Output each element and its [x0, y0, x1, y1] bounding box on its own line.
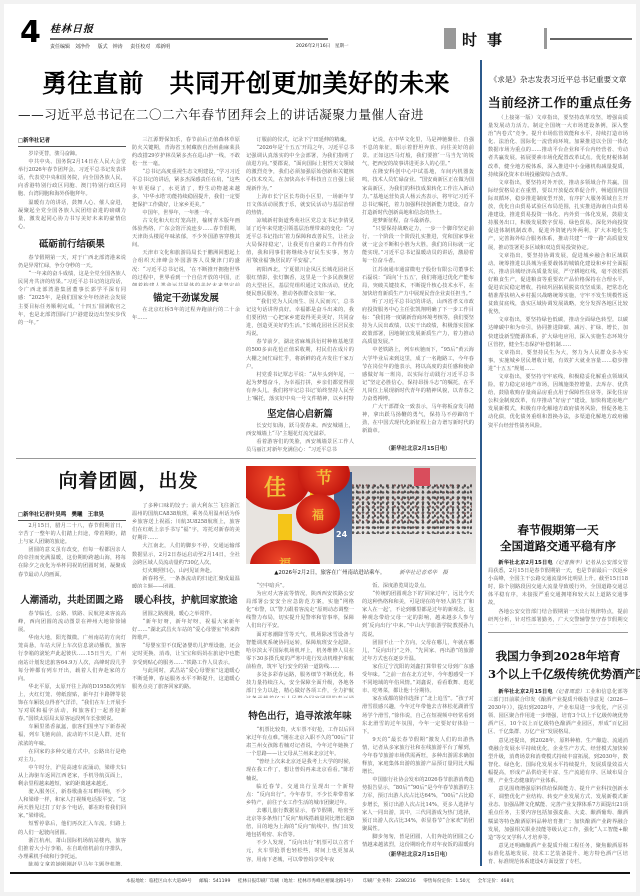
feature-col1-body: 春节临近，公路、铁路、民航迎来客流高峰，西向团圆的流动图景在神州大地徐徐铺展。 …	[18, 610, 126, 866]
paragraph: 长安灯如海，跃马贺春来。西安城墙上，西安城墙上“马”主题花灯流光溢彩。	[246, 422, 354, 438]
paragraph: 新春将至，一条条流动的归途汇聚成最温暖的主题——团圆。	[132, 575, 240, 588]
feature-headline: 向着团圆，出发	[16, 466, 241, 493]
masthead-rule	[50, 38, 328, 40]
issue-date: 2026年2月16日 星期一	[296, 43, 349, 49]
lead-col2-body: 在北京红桥5年的过程奔跑前行的二十余年……	[132, 306, 240, 452]
editor-credits: 责任编辑 刘净伶 版式 钟涛 责任校对 邓新明	[50, 43, 176, 50]
paragraph: “新年好呀，新年好呀，祝福大家新年好……”湖北武昌火车站的“爱心母婴室”传来阵阵…	[132, 618, 240, 642]
paragraph: 意见还提出，到2028年，原料种植、生产酿造、流通消费融合发展水平持续优化，企业…	[488, 737, 628, 786]
paragraph: 家住辽宁沈阳的刘鑫打算带着父母到广东感受年味。“之前一直在北方过年，今年想感受一…	[362, 663, 474, 695]
section-title: 时事	[462, 29, 512, 50]
lead-col1-intro: 岁岸更替，骏马奋蹄。 中共中央、国务院2月14日在人民大会堂举行2026年春节团…	[18, 150, 126, 234]
feature-subhead-2: 暖心科技，护航回家旅途	[132, 592, 240, 606]
paragraph: 灯火映照归心，山河见证奔赴。	[132, 567, 240, 575]
paragraph: 华南大地，阳光微微。广州南站的方向灯笼高悬，车站大屏上车次信息滚动播放，旅客行李…	[18, 634, 126, 683]
paragraph: 新华社北京2月15日电（记者周蕊）工业和信息化部等三部门日前联合印发《酿酒产业提…	[488, 688, 628, 737]
right-article2-headline-line1: 春节假期第一天	[488, 522, 628, 538]
paragraph: 团圆的意义虽有改变，但每一程都因亲人的牵挂而充满温暖，这份期盼跨越山海，将每在除…	[18, 546, 126, 578]
footer-printer: 桂林日报印刷厂印刷（地址：桂林市秀峰区榕湖北路1号）	[238, 879, 356, 884]
right-article2-headline-line2: 全国道路交通平稳有序	[488, 538, 628, 554]
feature-col2-body: 团圆之路漫漫，暖心之举常伴。 “新年好呀，新年好呀，祝福大家新年好……”湖北武昌…	[132, 610, 240, 866]
paragraph: 2月15日，腊月二十八，春节假期首日，辛苦了一整年的人们踏上归途，带着期盼，踏上…	[18, 522, 126, 546]
paragraph: 中共中央、国务院2月14日在人民大会堂举行2026年春节团拜会。习近平总书记发表…	[18, 158, 126, 198]
right-article1-body: （上接第一版）文章指出，要坚持改革攻坚，增强高质量发展动力活力。制定全国统一大市…	[488, 114, 628, 524]
paragraph: 三江源野保知乐，春节前后正值森林草原防火关键期，青海省玉树藏族自治州曲麻莱县约改…	[132, 136, 240, 168]
masthead: 4 桂林日报 责任编辑 刘净伶 版式 钟涛 责任校对 邓新明 2026年2月16…	[16, 18, 624, 48]
paragraph: 中国年，世界年，一年胜一年。	[132, 209, 240, 217]
paragraph: 在北京红桥5年的过程奔跑前行的二十余年……	[132, 306, 240, 322]
feature-subhead-3: 特色出行，追寻浓浓年味	[246, 708, 354, 722]
proofreader-credit: 责任校对 邓新明	[130, 44, 170, 50]
paragraph: “‘我们党为人民而生、因人民而兴’，总书记这句话讲得真好。幸福都是奋斗出来的，我…	[246, 298, 354, 338]
lead-byline: □新华社记者	[18, 136, 126, 147]
paragraph: 天津市文化和旅游局局长于鹏洲回想起上合组织天津峰会外国游客人员聚津门的盛况：“习…	[132, 249, 240, 286]
right-article3-headline-line2: 3个以上千亿级传统优势酒产区	[488, 666, 628, 682]
right-article3-body: 新华社北京2月15日电（记者周蕊）工业和信息化部等三部门日前联合印发《酿酒产业提…	[488, 688, 628, 864]
lead-headline: 勇往直前 共同开创更加美好的未来	[16, 64, 476, 100]
feature-byline: □新华社记者叶昊鸣 樊曦 王聿昊	[18, 510, 126, 521]
paragraph: 华北平原，太原开往上海的D1958次列车上，火红灯笼、剪纸窗贴，新年打卡路牌等装…	[18, 683, 126, 723]
paper-name-logo: 桂林日报	[50, 20, 94, 35]
feature-col3: “空中暗兵”。 为应对大客流等情况，陕西西安铁路公安局部署公安安全应急防范方案，…	[246, 582, 354, 698]
photo-lantern: 福	[296, 494, 340, 534]
paragraph: 初阳西北，宁夏银川金凤区长城花园社区很红情影，张灯飘香，这里是一个多民族聚居的大…	[246, 266, 354, 298]
footer-rule	[10, 872, 630, 874]
newspaper-page: 4 桂林日报 责任编辑 刘净伶 版式 钟涛 责任校对 邓新明 2026年2月16…	[4, 4, 636, 892]
lead-dateline: （新华社北京2月15日电）	[362, 444, 474, 452]
footer-retail-price: 零售每份定价：1.50元	[423, 879, 470, 884]
paragraph: 文章指出，要坚持守牢底线，积极稳妥化解重点领域风险。着力稳定房地产市场，因城施策…	[488, 373, 628, 430]
paragraph: 看着游客们的笑脸，西安城墙景区工作人员马丽江对新年充满信心：“习近平总书	[246, 438, 354, 454]
paragraph: “机票比较贵，火车票不好抢，工作以后回家过年有点难。”刚在北京入职不久的“00后…	[246, 726, 354, 758]
paragraph: 新华社北京2月15日电（记者熊丰）记者从公安部交管局获悉，2月15日是春节假期第…	[488, 559, 628, 608]
paragraph: 上海市长宁区长寿街小区里，一场新年节日文体活动展教于乐，就安民活动与基层治理的热…	[246, 193, 354, 217]
paragraph: 9天的“最长春节假期”激发人们的出游热情，记者从多家旅行社和在线旅游平台了解到，…	[362, 736, 474, 776]
lead-col4: 记说，在中华文化里，马是神驰聚壮、自强不息的象征，昭示着舒坦奔放、向往美好的前景…	[362, 136, 474, 442]
paragraph: （上接第一版）文章指出，要坚持改革攻坚，增强高质量发展动力活力。制定全国统一大市…	[488, 114, 628, 179]
paragraph: 去哪儿旅行数据显示，春节假期，哈密至北京等多条热门“反向”航线搭载量同比增长超8…	[246, 807, 354, 839]
dateline: 新华社北京2月15日电	[498, 560, 552, 566]
column-divider	[480, 60, 482, 866]
paragraph: 江苏南通市通富微电子股份有限公司董事长石磊说：“面向‘十五五’，我们将通过优化产…	[362, 266, 474, 298]
paragraph: 文章指出，要坚持协调发展，促进城乡融合和区域联动。统筹推进以县城为重要载体的城镇…	[488, 252, 628, 317]
paragraph: 温暖有力的讲话，鼓舞人心、催人奋进，凝聚起全党全国各族人民团结奋进的磅礴力量，激…	[18, 199, 126, 231]
paragraph: 了多种口味的饺子；前大利东兰飞往浙江温州的国航CA838航班，乘务员用温州话为侨…	[132, 502, 240, 542]
photo-caption: ▲2026年2月2日，旅客在广州南站进站乘车。新华社记者邓华 摄	[246, 568, 476, 576]
paragraph: 临近春节，交通出行呈现出一个新特点：“反向出行”。今年春节，不少长辈带着家乡特产…	[246, 783, 354, 807]
lead-col2-top: 三江源野保知乐，春节前后正值森林草原防火关键期，青海省玉树藏族自治州曲麻莱县约改…	[132, 136, 240, 286]
paragraph: 驶入服务区，新春歌曲在耳畔回响，不少人和梁绯一样，和家人打视频电话报平安。“这两…	[18, 788, 126, 820]
section-marker-left	[444, 28, 456, 49]
feature-col4: 饭、深度游览周边景点。 “传统的团圆观念下的‘回家过年’，远比今天的这种热络和和…	[362, 582, 474, 848]
paragraph: 春节临近，公路、铁路、民航迎来客流高峰，西向团圆的流动图景在神州大地徐徐铺展。	[18, 610, 126, 634]
right-article3-headline-line1: 我国力争到2028年培育	[488, 648, 628, 664]
page-number: 4	[20, 18, 41, 48]
lead-subhead-3: 坚定信心启新篇	[246, 406, 354, 420]
feature-col3-body: “机票比较贵，火车票不好抢，工作以后回家过年有点难。”刚在北京入职不久的“00后…	[246, 726, 354, 866]
paragraph: 为应对大客流等情况，陕西西安铁路公安局部署公安安全应急防范方案，实施“网格化”布…	[246, 590, 354, 630]
paragraph: 团圆之路漫漫，暖心之举常伴。	[132, 610, 240, 618]
paragraph: 文章指出，要坚持对外开放，推动多领域合作共赢。国际经贸格局正在重塑，要以开放促改…	[488, 179, 628, 252]
paragraph: 意见还明确酿酒产业提质升级工程任务，聚焦酿酒原料标准化基地发展、技术工艺装备提升…	[488, 842, 628, 864]
station-photo: 24 佳 节 福 福	[246, 466, 476, 564]
paragraph: 面对寒潮降雪等天气，机场除冰雪设备与智能调度系统协同运转，保障航班安全起降。哈尔…	[246, 631, 354, 671]
paragraph: “只要保持战略定力，一步一个脚印坚定前行，一个阶段一个阶段扎实推进，党和国家事业…	[362, 225, 474, 265]
reporter: （记者周蕊）	[553, 689, 585, 695]
photo-board-number: 24	[336, 530, 347, 539]
paragraph: 与此同时，武昌站“爱心母婴室”这道暖心不断延伸，春运服务水平不断提升，这道暖心服…	[132, 667, 240, 691]
paragraph: 广大干部群众一致表示，马年将板奋发马精神，拿出跃马扬鞭的勇气，保持马不停蹄的干劲…	[362, 403, 474, 435]
photo-crowd	[350, 484, 472, 534]
feature-col2: 了多种口味的饺子；前大利东兰飞往浙江温州的国航CA838航班，乘务员用温州话为侨…	[132, 502, 240, 588]
paragraph: 订服前的仪式，记录下宁田延伸的精魂。	[246, 136, 354, 144]
paragraph: 岁岸更替，骏马奋蹄。	[18, 150, 126, 158]
section-marker-right	[544, 28, 547, 49]
lead-subheadline: ——习近平总书记在二〇二六年春节团拜会上的讲话凝聚力量催人奋进	[18, 104, 478, 123]
paragraph: 迎梦新征程，奋斗最新春。	[362, 217, 474, 225]
paragraph-text: 工业和信息化部等三部门日前联合印发《酿酒产业提质升级指导意见（2026—2030…	[488, 689, 628, 735]
paragraph: 中国旅行社协会发布的2026春节旅游消费趋势报告显示，“80后”“90后”是今年…	[362, 776, 474, 833]
paragraph: 记说，在中华文化里，马是神驰聚壮、自强不息的象征，昭示着舒坦奔放、向往美好的前景…	[362, 136, 474, 168]
footer-annual-price: 全年定价：468元	[478, 879, 514, 884]
lead-col3-body: 长安灯如海，跃马贺春来。西安城墙上，西安城墙上“马”主题花灯流光溢彩。 看着游客…	[246, 422, 354, 454]
right-article1-kicker: 《求是》杂志发表习近平总书记重要文章	[488, 74, 628, 85]
photo-banner	[414, 468, 430, 486]
right-article2-body: 新华社北京2月15日电（记者熊丰）记者从公安部交管局获悉，2月15日是春节假期第…	[488, 559, 628, 625]
paragraph: 在隆安科创中心中试基地，车间内机器轰鸣，技术人员忙碌奋业。“国安商新区正在做为国…	[362, 168, 474, 217]
lead-subhead-1: 砥砺前行结硕果	[18, 236, 126, 250]
paragraph: 不少人发现，“反向出行”机票可以立省千元，火车票抢票也轻松些，时间上也更加从容，…	[246, 839, 354, 863]
caption-text: ▲2026年2月2日，旅客在广州南站进站乘车。	[274, 570, 385, 576]
feature-col1-intro: 2月15日，腊月二十八，春节假期首日，辛苦了一整年的人们踏上归途，带着期盼，踏上…	[18, 522, 126, 588]
paragraph: 文章指出，要坚持民生为大，努力为人民群众多办实事。实施城乡居民增收计划，有效扩大…	[488, 349, 628, 373]
paragraph: 意见围绕增强原料供给保障能力、提升产业科技创新水平、调整优化产业结构、转变产业发…	[488, 785, 628, 842]
paragraph: 脚步匆匆，皆是团圆，人们奔赴的团圆之心情越来越浓烈，这份期盼化作对年夜饭的温暖向…	[362, 833, 474, 848]
paragraph: 团圆不止一个方向，父母在哪儿，年就在哪儿，“反向出行”之外，“先回家、再出游”的…	[362, 639, 474, 663]
paragraph: 大江南北，人们的脚步不停，交通运输部数据显示，2月2日春运启动至2月14日，全社…	[132, 542, 240, 566]
paragraph-text: 记者从公安部交管局获悉，2月15日是春节假期第一天，也是节前最后一次返乡小高峰，…	[488, 560, 628, 606]
paragraph: 多处多彩春运路，服务细节不断优化，科技力量持续注入，安全保障全面升级，各地各部门…	[246, 671, 354, 698]
lead-col3-top: 订服前的仪式，记录下宁田延伸的精魂。 “2026年是‘十五五’开局之年，习近平总…	[246, 136, 354, 402]
paragraph: 在回家的多种交通方式中，公路出行是绝对主力。	[18, 748, 126, 764]
layout-credit: 版式 钟涛	[98, 44, 123, 50]
paragraph: “传统的团圆观念下的‘回家过年’，远比今天的这种热络和和美，可是现在的年轻人陷生…	[362, 590, 474, 639]
paragraph: 春节前夕，湖北省麻城县衍村种植基地里的500多亩花苞正值采收期，村民们在成片的大…	[246, 338, 354, 370]
right-separator	[488, 632, 628, 633]
paragraph: 古文化和大红灯笼高挂，榆树青木版年画体验热络，广东会馆汗流连步……春节假期，天津…	[132, 217, 240, 249]
paragraph: 凉城新村街道秀苑社区党总支书记李倩见证了近年来党建引领基层治理带来的变化：“习近…	[246, 217, 354, 266]
footer-address: 本报地址：临桂区山水大道49号	[126, 879, 192, 884]
paragraph: 家在成都的徐伟选择了“北上追雪”。“孩子对滑雪很感兴趣，今年过年带他去吉林松花湖…	[362, 695, 474, 735]
paragraph: 听了习近平总书记的讲话，山西省孝义市政府投资服务中心主任张凯翔明确了下一步工作目…	[362, 298, 474, 347]
paragraph: 陈樟文拿着她刚刚赶早马年主题登机牌，和朋友分享了家庭群，开启下面文字消息“大概下…	[18, 861, 126, 866]
paragraph: 中老铁路上，列车疾驰而下，“95后”黄云海大学毕业后来到这里，成了一名跑路工，今…	[362, 346, 474, 403]
photo-credit: 新华社记者邓华 摄	[399, 570, 448, 576]
paragraph: “空中暗兵”。	[246, 582, 354, 590]
paragraph: 春节假期第一天，对于广西北部湾港来说仍是异常忙碌，争分夺秒的一天。	[18, 254, 126, 270]
paragraph: “一年来的奋斗成绩，这是全党全国各族人民同舟共济的结果。”习近平总书记的这段话，…	[18, 270, 126, 327]
paragraph: 短暂停靠后，他们再次汇入车流。归路上的人们一起驶向团圆。	[18, 820, 126, 836]
paragraph: 中午时分，沪昆高速车流涌动，梁绯夫妇从上海驱车返回江西老家，手机导航页面上，剩余…	[18, 764, 126, 788]
paragraph: “2026年是‘十五五’开局之年，习近平总书记强调认真落实的中全会部署，为我们指…	[246, 144, 354, 193]
paragraph: 车厢里墨香氤氲，旅客们围坐写下新春祝福，列车飞驰向前，流动的不只是人群，还有浓浓…	[18, 723, 126, 747]
photo-lantern: 福	[250, 540, 320, 564]
dateline: 新华社北京2月15日电	[498, 689, 552, 695]
paragraph: 村党委书记覃志平说：“从年头到年尾，一起为梦想奋斗，为幸福打拼，乡亲们都觉得很有…	[246, 371, 354, 402]
feature-dateline: （新华社北京2月15日电）	[362, 850, 474, 858]
paragraph: 各地公安交管部门结合假期第一天出行规律特点，提前研判分析，针对性部署勤务，广大交…	[488, 608, 628, 625]
footer-postcode: 邮编：541199	[199, 879, 230, 884]
paragraph: “总书记高度重视生态文明建设，”学习习近平总书记的讲话，紧多杰深感责任在肩，“这…	[132, 168, 240, 208]
paragraph: 饭、深度游览周边景点。	[362, 582, 474, 590]
lead-col1-body: 春节假期第一天，对于广西北部湾港来说仍是异常忙碌，争分夺秒的一天。 “一年来的奋…	[18, 254, 126, 454]
lead-subhead-2: 锚定干劲谋发展	[132, 290, 240, 304]
paragraph: 浙江杭州，萧山国际机场航站楼内，旅客们推着大小行李箱，在自助值机前有序排队，办理…	[18, 837, 126, 861]
right-article1-headline: 当前经济工作的重点任务	[488, 92, 628, 111]
paragraph: 文章指出，要坚持绿色低碳，推动全面绿色转型。以碳达峰碳中和为牵引，协同推进降碳、…	[488, 316, 628, 348]
paragraph: “母婴室里不仅配备婴幼儿护理设施，还会定时更换、消毒，让宝宝和妈妈在旅途中也能享…	[132, 642, 240, 666]
paragraph: “曾经上次来北京还是我考上大学的时候，现在我工作了，想让曾妈再来北京看看。”陈若…	[246, 758, 354, 782]
footer-phone: 印刷厂业务科：2280216	[363, 879, 416, 884]
footer-info: 本报地址：临桂区山水大道49号 邮编：541199 桂林日报印刷厂印刷（地址：桂…	[10, 878, 630, 884]
reporter: （记者熊丰）	[553, 560, 585, 566]
feature-subhead-1: 人潮涌动，共赴团圆之路	[18, 592, 126, 606]
section-rule	[550, 38, 632, 40]
section-separator	[16, 458, 476, 459]
editor-credit: 责任编辑 刘净伶	[50, 44, 90, 50]
